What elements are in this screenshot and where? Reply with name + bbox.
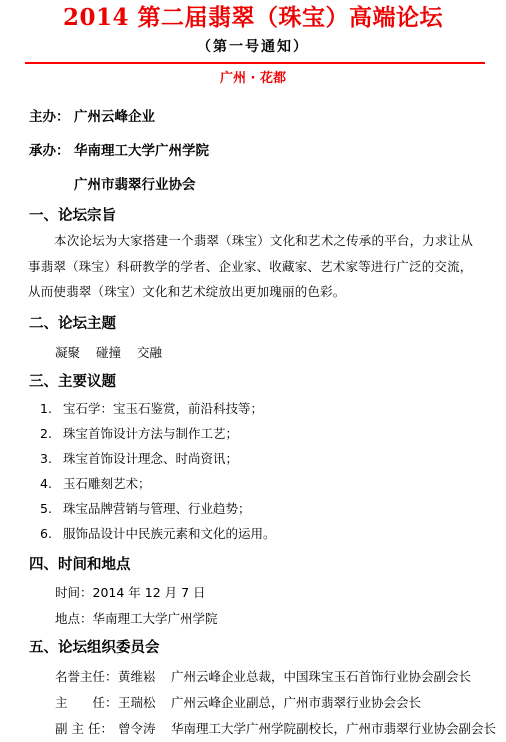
member-role: 主 任：: [55, 694, 118, 712]
section-heading-theme: 二、论坛主题: [29, 314, 116, 334]
theme-keyword: 交融: [137, 345, 162, 360]
committee-member: 副 主 任：曾令涛华南理工大学广州学院副校长，广州市翡翠行业协会副会长: [55, 720, 496, 738]
list-item: 3.珠宝首饰设计理念、时尚资讯；: [40, 450, 276, 475]
list-item: 5.珠宝品牌营销与管理、行业趋势；: [40, 500, 276, 525]
co-host-name: 广州市翡翠行业协会: [74, 177, 196, 193]
list-item: 6.服饰品设计中民族元素和文化的运用。: [40, 525, 276, 550]
event-location: 广州 · 花都: [0, 70, 506, 88]
theme-keyword: 碰撞: [96, 345, 121, 360]
red-divider-rule: [25, 62, 485, 64]
place-value: 华南理工大学广州学院: [93, 611, 218, 626]
time-label: 时间：: [55, 585, 93, 600]
member-name: 黄维崧: [118, 668, 171, 686]
member-role: 副 主 任：: [55, 720, 118, 738]
notice-subtitle: （第一号通知）: [0, 38, 506, 56]
event-place: 地点：华南理工大学广州学院: [55, 610, 218, 628]
section-heading-committee: 五、论坛组织委员会: [29, 638, 160, 658]
event-time: 时间：2014 年 12 月 7 日: [55, 584, 206, 602]
section-heading-topics: 三、主要议题: [29, 372, 116, 392]
co-host-label: 承办：: [29, 142, 74, 160]
host-name: 广州云峰企业: [74, 109, 155, 125]
committee-member: 名誉主任：黄维崧广州云峰企业总裁，中国珠宝玉石首饰行业协会副会长: [55, 668, 471, 686]
member-title: 广州云峰企业副总，广州市翡翠行业协会会长: [171, 695, 421, 710]
co-host-name: 华南理工大学广州学院: [74, 143, 209, 159]
member-name: 王瑞松: [118, 694, 171, 712]
member-role: 名誉主任：: [55, 668, 118, 686]
list-item: 4.玉石雕刻艺术；: [40, 475, 276, 500]
member-name: 曾令涛: [118, 720, 171, 738]
host-label: 主办：: [29, 108, 74, 126]
section-heading-time-place: 四、时间和地点: [29, 555, 131, 575]
theme-keyword: 凝聚: [55, 345, 80, 360]
co-host-row: 承办：华南理工大学广州学院: [29, 142, 209, 160]
place-label: 地点：: [55, 611, 93, 626]
member-title: 华南理工大学广州学院副校长，广州市翡翠行业协会副会长: [171, 721, 496, 736]
topics-list: 1.宝石学：宝玉石鉴赏，前沿科技等； 2.珠宝首饰设计方法与制作工艺； 3.珠宝…: [40, 400, 276, 550]
list-item: 1.宝石学：宝玉石鉴赏，前沿科技等；: [40, 400, 276, 425]
member-title: 广州云峰企业总裁，中国珠宝玉石首饰行业协会副会长: [171, 669, 471, 684]
section-heading-purpose: 一、论坛宗旨: [29, 206, 116, 226]
purpose-paragraph: 本次论坛为大家搭建一个翡翠（珠宝）文化和艺术之传承的平台，力求让从事翡翠（珠宝）…: [28, 228, 478, 305]
host-row: 主办：广州云峰企业: [29, 108, 155, 126]
time-value: 2014 年 12 月 7 日: [93, 585, 206, 600]
list-item: 2.珠宝首饰设计方法与制作工艺；: [40, 425, 276, 450]
theme-keywords: 凝聚 碰撞 交融: [55, 344, 174, 362]
co-host-row-2: 广州市翡翠行业协会: [29, 176, 196, 194]
committee-member: 主 任：王瑞松广州云峰企业副总，广州市翡翠行业协会会长: [55, 694, 421, 712]
document-title: 2014 第二届翡翠（珠宝）高端论坛: [0, 4, 506, 32]
